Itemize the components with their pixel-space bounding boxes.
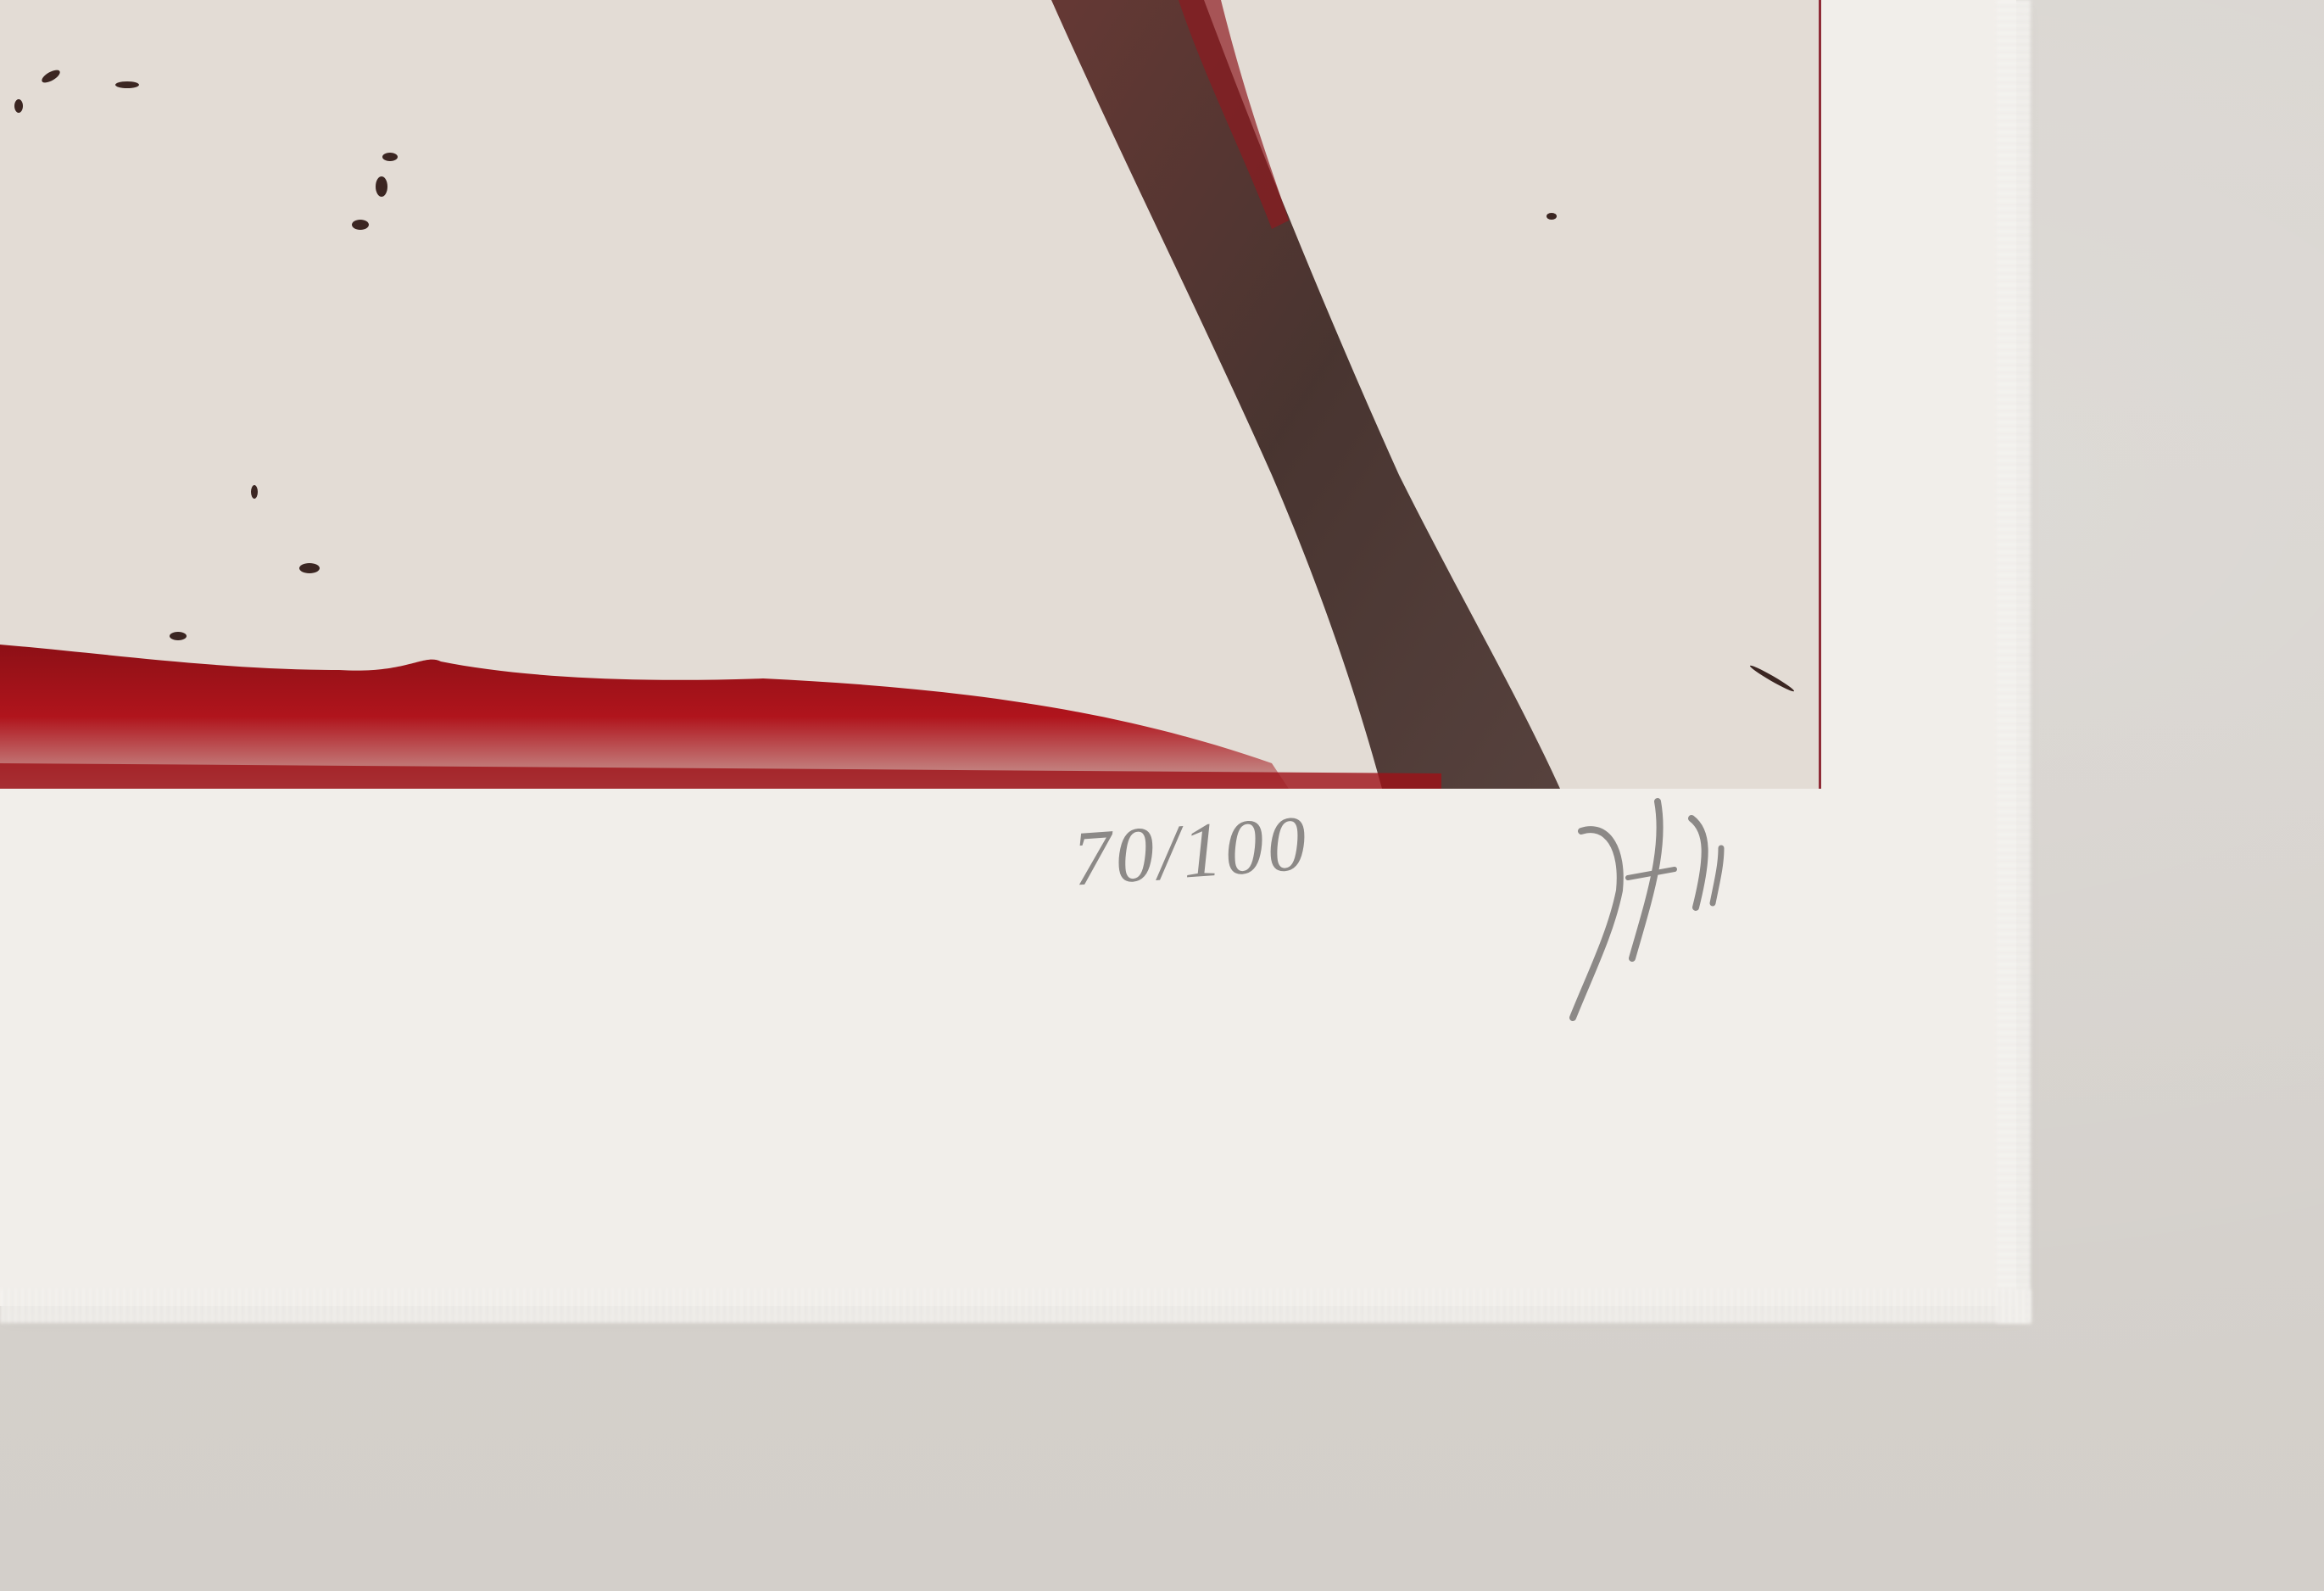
artist-signature <box>1539 797 1734 1026</box>
deckle-edge-bottom <box>0 1289 2031 1323</box>
edition-number: 70/100 <box>1070 797 1312 903</box>
ink-speckles <box>14 68 1795 694</box>
artwork-marks <box>0 0 1819 789</box>
printed-plate-area <box>0 0 1821 789</box>
deckle-edge-right <box>1997 0 2031 1323</box>
brush-stroke <box>1051 0 1560 789</box>
